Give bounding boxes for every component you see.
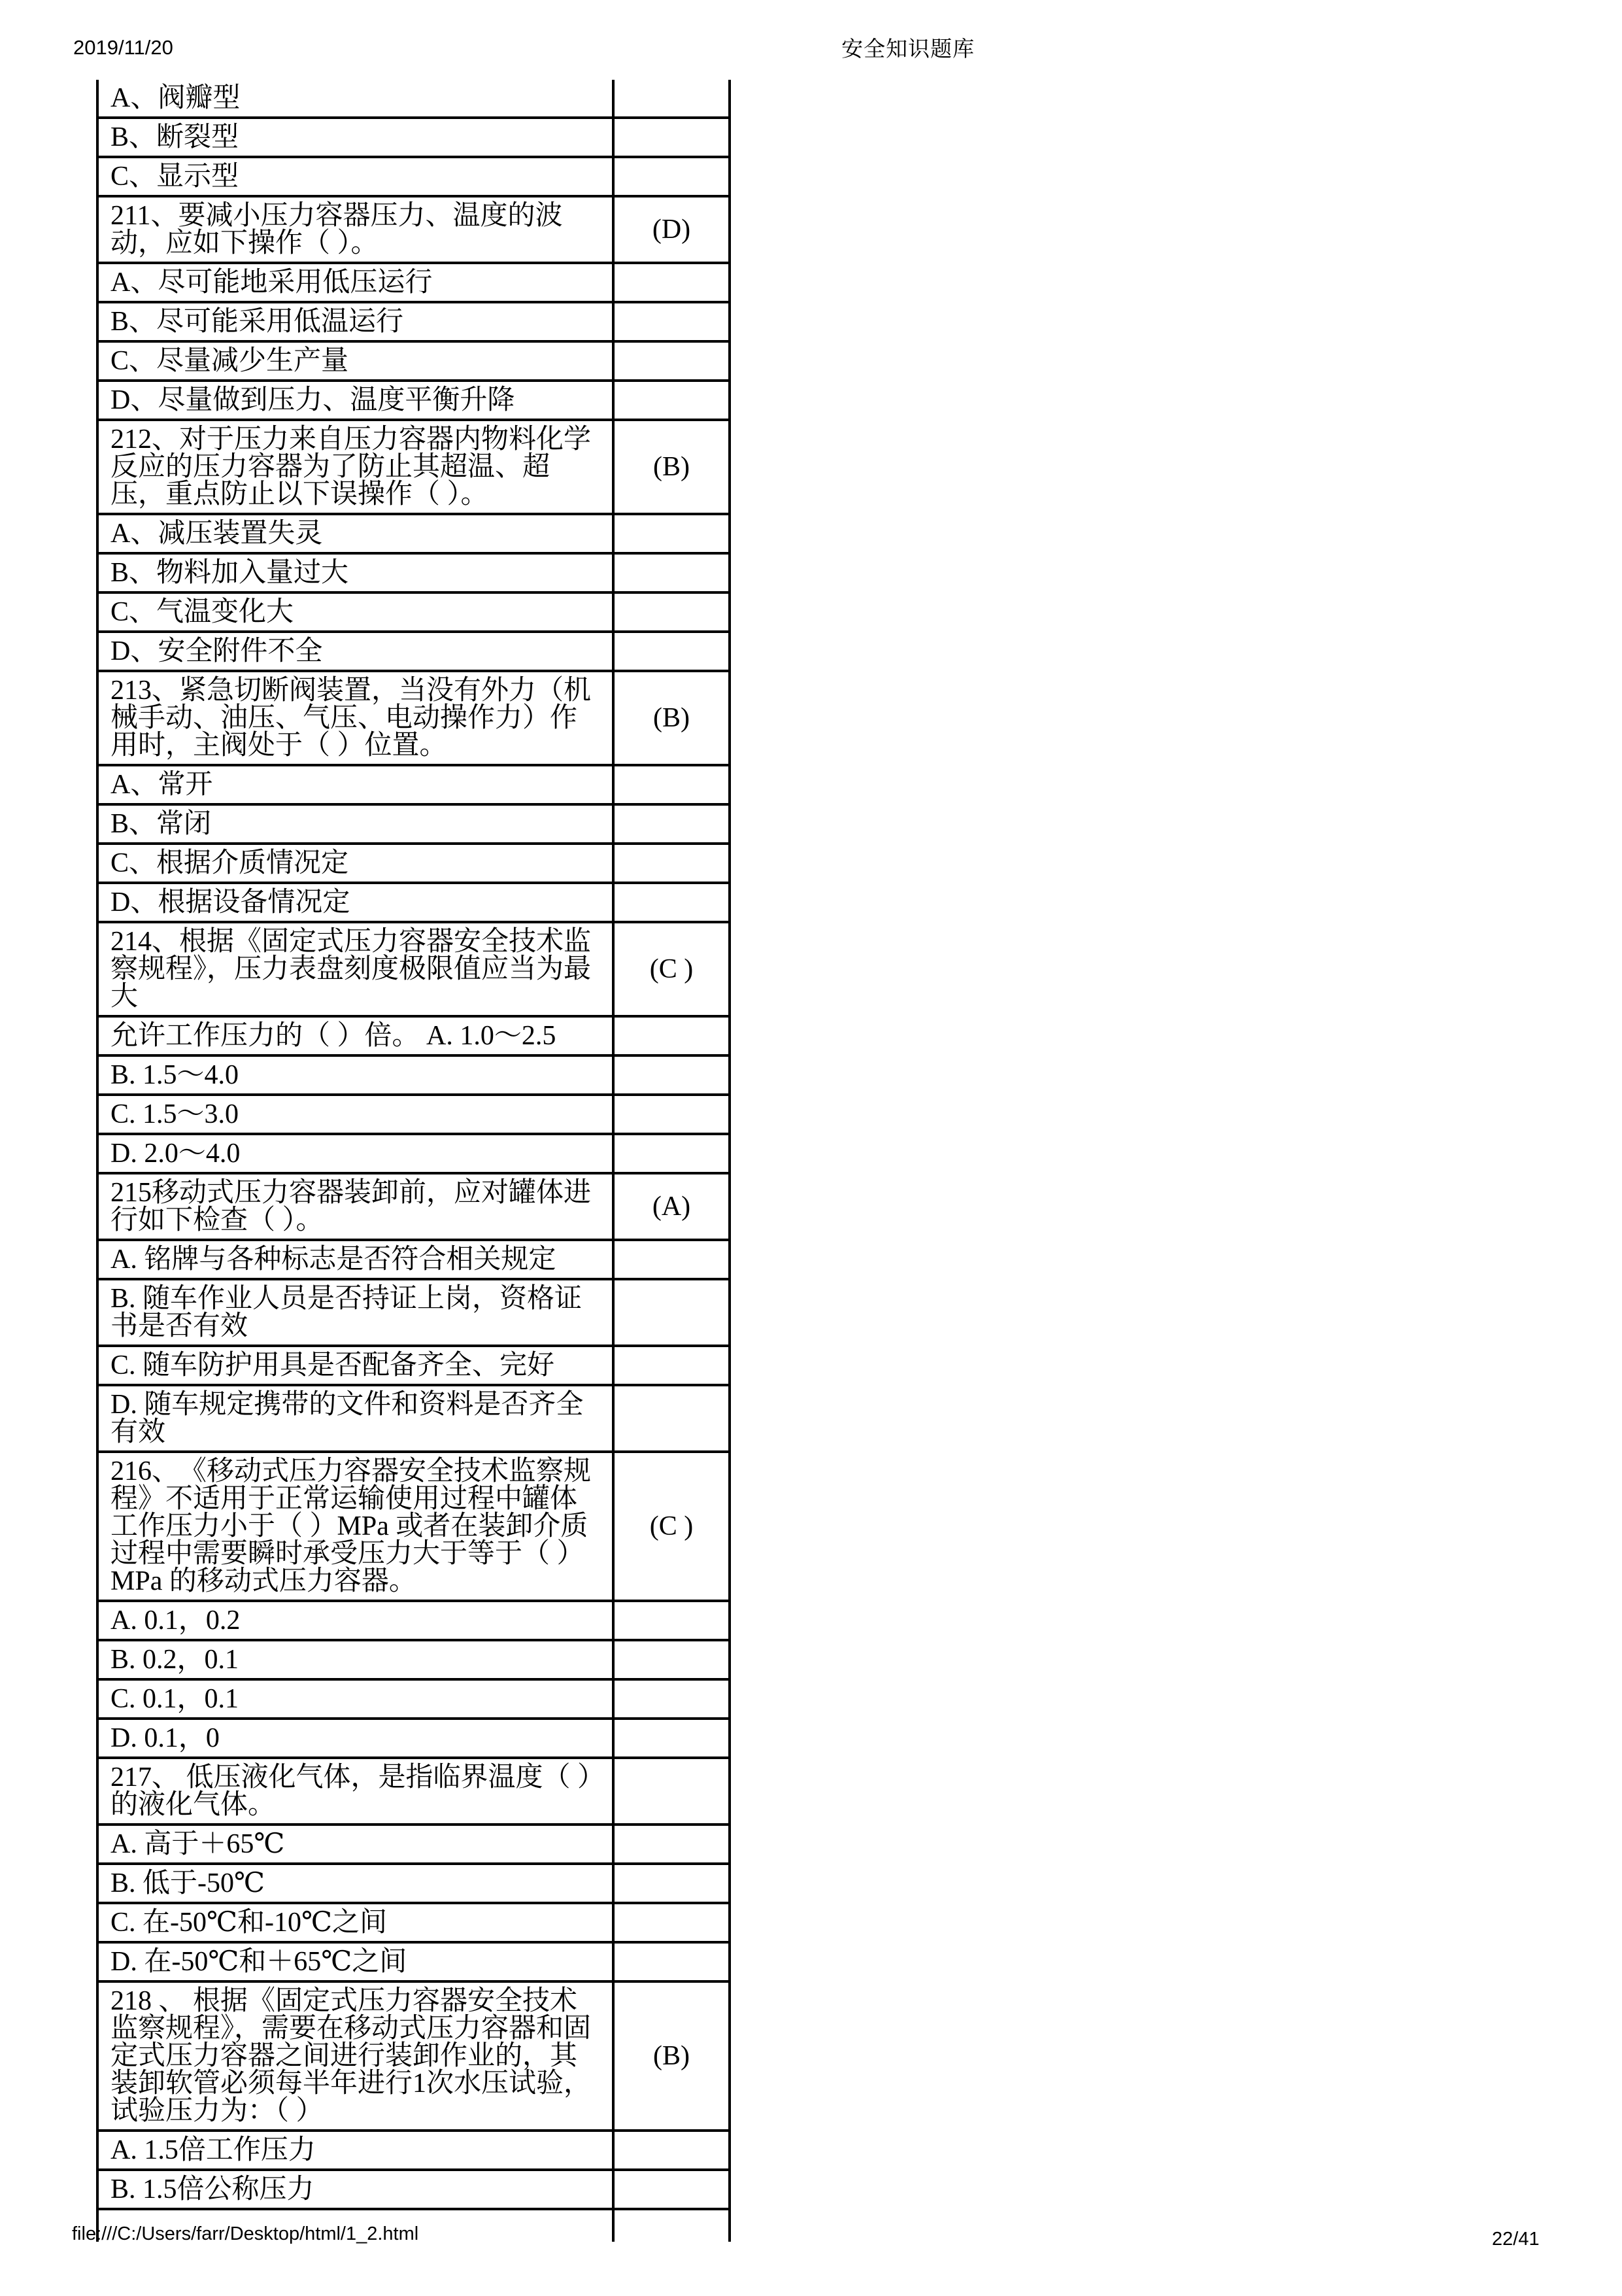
answer-cell bbox=[613, 2131, 730, 2170]
answer-cell bbox=[613, 381, 730, 420]
question-cell: D、根据设备情况定 bbox=[97, 883, 613, 922]
question-cell: A. 1.5倍工作压力 bbox=[97, 2131, 613, 2170]
table-row: A. 高于＋65℃ bbox=[97, 1825, 730, 1864]
answer-cell bbox=[613, 1640, 730, 1679]
table-row: 212、对于压力来自压力容器内物料化学反应的压力容器为了防止其超温、超压，重点防… bbox=[97, 420, 730, 514]
table-row: 216、 《移动式压力容器安全技术监察规程》不适用于正常运输使用过程中罐体工作压… bbox=[97, 1452, 730, 1601]
table-row: A、常开 bbox=[97, 765, 730, 804]
answer-cell bbox=[613, 1346, 730, 1385]
table-row: B、常闭 bbox=[97, 804, 730, 844]
table-row: D、根据设备情况定 bbox=[97, 883, 730, 922]
question-cell: C. 0.1，0.1 bbox=[97, 1679, 613, 1719]
question-cell: D. 在-50℃和＋65℃之间 bbox=[97, 1942, 613, 1981]
question-cell: B. 随车作业人员是否持证上岗，资格证书是否有效 bbox=[97, 1279, 613, 1346]
table-row: 213、紧急切断阀装置，当没有外力（机械手动、油压、气压、电动操作力）作用时，主… bbox=[97, 671, 730, 765]
question-cell: D. 随车规定携带的文件和资料是否齐全有效 bbox=[97, 1385, 613, 1452]
answer-cell bbox=[613, 1016, 730, 1055]
table-row: 217、 低压液化气体，是指临界温度（ ）的液化气体。 bbox=[97, 1758, 730, 1825]
table-row: B. 1.5倍公称压力 bbox=[97, 2170, 730, 2209]
question-cell: C. 随车防护用具是否配备齐全、完好 bbox=[97, 1346, 613, 1385]
answer-cell bbox=[613, 80, 730, 118]
answer-cell bbox=[613, 1134, 730, 1173]
answer-cell: (A) bbox=[613, 1173, 730, 1240]
answer-cell bbox=[613, 118, 730, 157]
question-cell: C. 1.5～3.0 bbox=[97, 1095, 613, 1134]
answer-cell bbox=[613, 2170, 730, 2209]
question-cell: A、尽可能地采用低压运行 bbox=[97, 263, 613, 302]
question-cell: A、阀瓣型 bbox=[97, 80, 613, 118]
table-row: 215移动式压力容器装卸前，应对罐体进行如下检查（ ）。(A) bbox=[97, 1173, 730, 1240]
question-cell: 213、紧急切断阀装置，当没有外力（机械手动、油压、气压、电动操作力）作用时，主… bbox=[97, 671, 613, 765]
question-cell: B. 1.5～4.0 bbox=[97, 1055, 613, 1095]
question-cell: 211、要减小压力容器压力、温度的波动，应如下操作（ ）。 bbox=[97, 196, 613, 263]
question-cell: B、物料加入量过大 bbox=[97, 553, 613, 592]
question-cell: 允许工作压力的（ ）倍。 A. 1.0～2.5 bbox=[97, 1016, 613, 1055]
answer-cell bbox=[613, 592, 730, 632]
answer-cell bbox=[613, 302, 730, 341]
document-page: 2019/11/20 安全知识题库 A、阀瓣型B、断裂型C、显示型211、要减小… bbox=[0, 0, 1622, 2296]
answer-cell bbox=[613, 804, 730, 844]
print-footer-url: file:///C:/Users/farr/Desktop/html/1_2.h… bbox=[72, 2223, 418, 2244]
question-cell: C、尽量减少生产量 bbox=[97, 341, 613, 381]
question-cell: B、尽可能采用低温运行 bbox=[97, 302, 613, 341]
answer-cell bbox=[613, 1758, 730, 1825]
question-cell: C、气温变化大 bbox=[97, 592, 613, 632]
answer-cell bbox=[613, 1279, 730, 1346]
question-cell: C、显示型 bbox=[97, 157, 613, 196]
table-row: D、尽量做到压力、温度平衡升降 bbox=[97, 381, 730, 420]
table-row: B. 1.5～4.0 bbox=[97, 1055, 730, 1095]
answer-cell bbox=[613, 341, 730, 381]
table-row: 211、要减小压力容器压力、温度的波动，应如下操作（ ）。(D) bbox=[97, 196, 730, 263]
answer-cell bbox=[613, 1240, 730, 1279]
answer-cell bbox=[613, 2209, 730, 2242]
table-row: B、物料加入量过大 bbox=[97, 553, 730, 592]
answer-cell bbox=[613, 553, 730, 592]
table-row: C. 在-50℃和-10℃之间 bbox=[97, 1903, 730, 1942]
table-row: D、安全附件不全 bbox=[97, 632, 730, 671]
answer-cell bbox=[613, 157, 730, 196]
table-row: A. 0.1，0.2 bbox=[97, 1601, 730, 1640]
table-row: D. 0.1，0 bbox=[97, 1719, 730, 1758]
table-row: 218 、 根据《固定式压力容器安全技术监察规程》，需要在移动式压力容器和固定式… bbox=[97, 1981, 730, 2131]
answer-cell: (C ) bbox=[613, 922, 730, 1016]
table-row: B、尽可能采用低温运行 bbox=[97, 302, 730, 341]
question-cell: A、减压装置失灵 bbox=[97, 514, 613, 553]
print-header-date: 2019/11/20 bbox=[73, 37, 173, 59]
question-cell: B. 0.2，0.1 bbox=[97, 1640, 613, 1679]
table-row: C. 随车防护用具是否配备齐全、完好 bbox=[97, 1346, 730, 1385]
question-table-body: A、阀瓣型B、断裂型C、显示型211、要减小压力容器压力、温度的波动，应如下操作… bbox=[97, 80, 730, 2242]
question-cell: D、尽量做到压力、温度平衡升降 bbox=[97, 381, 613, 420]
question-cell: B、断裂型 bbox=[97, 118, 613, 157]
page-title: 安全知识题库 bbox=[841, 38, 975, 61]
question-cell: A. 铭牌与各种标志是否符合相关规定 bbox=[97, 1240, 613, 1279]
question-cell: A. 0.1，0.2 bbox=[97, 1601, 613, 1640]
question-cell: C、根据介质情况定 bbox=[97, 844, 613, 883]
table-row: C、根据介质情况定 bbox=[97, 844, 730, 883]
table-row: A、减压装置失灵 bbox=[97, 514, 730, 553]
table-row: C、显示型 bbox=[97, 157, 730, 196]
answer-cell bbox=[613, 844, 730, 883]
question-cell: B. 1.5倍公称压力 bbox=[97, 2170, 613, 2209]
question-cell: C. 在-50℃和-10℃之间 bbox=[97, 1903, 613, 1942]
answer-cell bbox=[613, 1903, 730, 1942]
question-cell: 218 、 根据《固定式压力容器安全技术监察规程》，需要在移动式压力容器和固定式… bbox=[97, 1981, 613, 2131]
table-row: D. 随车规定携带的文件和资料是否齐全有效 bbox=[97, 1385, 730, 1452]
question-cell: 217、 低压液化气体，是指临界温度（ ）的液化气体。 bbox=[97, 1758, 613, 1825]
table-row: 允许工作压力的（ ）倍。 A. 1.0～2.5 bbox=[97, 1016, 730, 1055]
question-cell: D. 0.1，0 bbox=[97, 1719, 613, 1758]
answer-cell bbox=[613, 1825, 730, 1864]
question-cell: 212、对于压力来自压力容器内物料化学反应的压力容器为了防止其超温、超压，重点防… bbox=[97, 420, 613, 514]
answer-cell bbox=[613, 1055, 730, 1095]
answer-cell bbox=[613, 1679, 730, 1719]
answer-cell: (B) bbox=[613, 420, 730, 514]
print-footer-page-number: 22/41 bbox=[1492, 2229, 1540, 2250]
table-row: B. 低于-50℃ bbox=[97, 1864, 730, 1903]
table-row: B. 0.2，0.1 bbox=[97, 1640, 730, 1679]
answer-cell bbox=[613, 632, 730, 671]
table-row: A、阀瓣型 bbox=[97, 80, 730, 118]
table-row: B、断裂型 bbox=[97, 118, 730, 157]
question-cell: D、安全附件不全 bbox=[97, 632, 613, 671]
table-row: B. 随车作业人员是否持证上岗，资格证书是否有效 bbox=[97, 1279, 730, 1346]
question-cell: 214、根据《固定式压力容器安全技术监察规程》，压力表盘刻度极限值应当为最大 bbox=[97, 922, 613, 1016]
answer-cell bbox=[613, 1864, 730, 1903]
table-row: C. 0.1，0.1 bbox=[97, 1679, 730, 1719]
answer-cell: (B) bbox=[613, 671, 730, 765]
question-cell: 215移动式压力容器装卸前，应对罐体进行如下检查（ ）。 bbox=[97, 1173, 613, 1240]
answer-cell bbox=[613, 1601, 730, 1640]
answer-cell: (C ) bbox=[613, 1452, 730, 1601]
answer-cell: (D) bbox=[613, 196, 730, 263]
table-row: A. 1.5倍工作压力 bbox=[97, 2131, 730, 2170]
answer-cell: (B) bbox=[613, 1981, 730, 2131]
table-row: A、尽可能地采用低压运行 bbox=[97, 263, 730, 302]
question-table: A、阀瓣型B、断裂型C、显示型211、要减小压力容器压力、温度的波动，应如下操作… bbox=[96, 80, 731, 2242]
table-row: C. 1.5～3.0 bbox=[97, 1095, 730, 1134]
question-cell: B. 低于-50℃ bbox=[97, 1864, 613, 1903]
answer-cell bbox=[613, 1385, 730, 1452]
table-row: D. 在-50℃和＋65℃之间 bbox=[97, 1942, 730, 1981]
answer-cell bbox=[613, 263, 730, 302]
answer-cell bbox=[613, 1942, 730, 1981]
answer-cell bbox=[613, 514, 730, 553]
question-cell: D. 2.0～4.0 bbox=[97, 1134, 613, 1173]
question-cell: B、常闭 bbox=[97, 804, 613, 844]
table-row: C、气温变化大 bbox=[97, 592, 730, 632]
table-row: D. 2.0～4.0 bbox=[97, 1134, 730, 1173]
answer-cell bbox=[613, 1719, 730, 1758]
answer-cell bbox=[613, 883, 730, 922]
question-cell: 216、 《移动式压力容器安全技术监察规程》不适用于正常运输使用过程中罐体工作压… bbox=[97, 1452, 613, 1601]
question-cell: A. 高于＋65℃ bbox=[97, 1825, 613, 1864]
answer-cell bbox=[613, 1095, 730, 1134]
table-row: A. 铭牌与各种标志是否符合相关规定 bbox=[97, 1240, 730, 1279]
table-row: 214、根据《固定式压力容器安全技术监察规程》，压力表盘刻度极限值应当为最大(C… bbox=[97, 922, 730, 1016]
table-row: C、尽量减少生产量 bbox=[97, 341, 730, 381]
question-cell: A、常开 bbox=[97, 765, 613, 804]
answer-cell bbox=[613, 765, 730, 804]
